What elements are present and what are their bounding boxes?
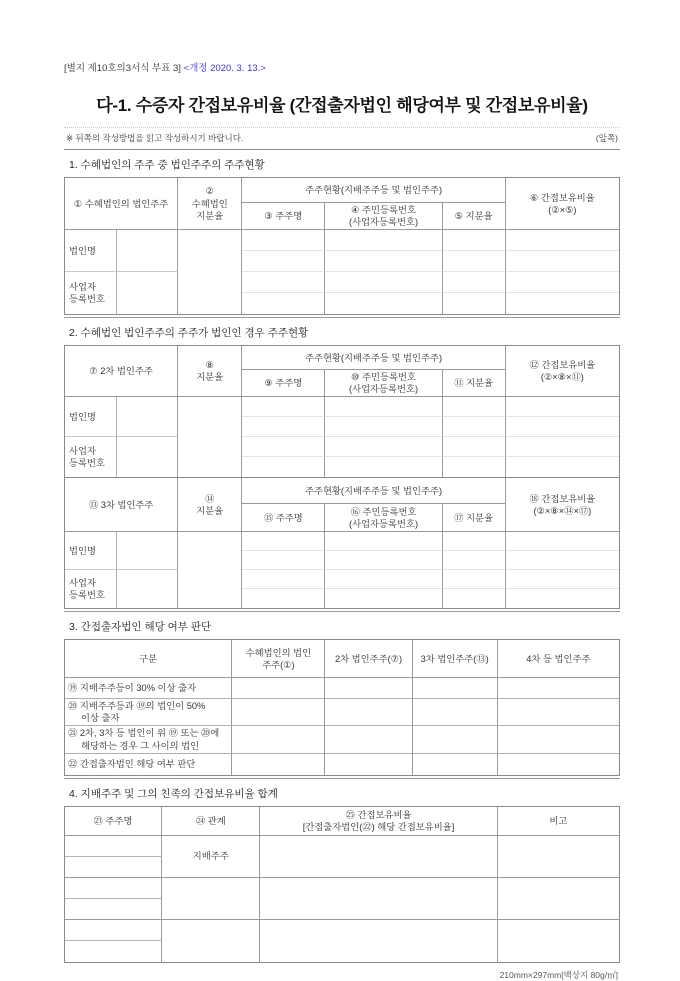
section-divider (64, 778, 620, 779)
input-cell (260, 878, 497, 920)
row-label-biz-reg-no: 사업자 등록번호 (65, 272, 117, 314)
input-cell (413, 754, 498, 775)
paper-spec-note: 210mm×297mm[백상지 80g/㎡] (64, 969, 620, 981)
input-cell (65, 878, 162, 899)
input-cell (506, 293, 619, 314)
input-cell (325, 589, 442, 608)
input-cell (117, 570, 178, 608)
col-header-tier2-corp: ⑦ 2차 법인주주 (65, 346, 178, 397)
row-label-20: ⑳ 지배주주등과 ⑲의 법인이 50% 이상 출자 (65, 699, 232, 726)
input-cell (325, 532, 442, 551)
col-header-share-ratio-11: ⑪ 지분율 (443, 370, 506, 397)
input-cell (232, 754, 325, 775)
col-header-shareholder-name-23: ㉓ 주주명 (65, 807, 162, 836)
input-cell (413, 726, 498, 753)
input-cell (498, 920, 619, 962)
group-header-shareholder-status: 주주현황(지배주주등 및 법인주주) (242, 478, 505, 504)
input-cell (443, 397, 506, 417)
col-header-indirect-ratio-6: ⑥ 간접보유비율 (②×⑤) (506, 178, 619, 230)
col-header-benefit-corp-shareholder: ① 수혜법인의 법인주주 (65, 178, 178, 230)
input-cell (242, 457, 325, 477)
input-cell (232, 699, 325, 726)
col-header-tier3-corp: ⑬ 3차 법인주주 (65, 478, 178, 532)
col-header-benefit-corp-share-ratio: ② 수혜법인 지분율 (178, 178, 242, 230)
input-cell (242, 551, 325, 570)
relation-cell (162, 920, 260, 962)
input-cell (325, 699, 412, 726)
input-cell (325, 437, 442, 457)
group-header-shareholder-status: 주주현황(지배주주등 및 법인주주) (242, 346, 505, 370)
input-cell (325, 251, 442, 272)
input-cell (178, 532, 242, 608)
page-title: 다-1. 수증자 간접보유비율 (간접출자법인 해당여부 및 간접보유비율) (64, 91, 620, 116)
row-label-corp-name: 법인명 (65, 397, 117, 437)
input-cell (443, 417, 506, 437)
row-label-21: ㉑ 2차, 3차 등 법인이 위 ⑲ 또는 ⑳에 해당하는 경우 그 사이의 법… (65, 726, 232, 753)
col-header-indirect-ratio-25: ㉕ 간접보유비율 [간접출자법인(㉒) 해당 간접보유비율] (260, 807, 497, 836)
input-cell (498, 836, 619, 878)
input-cell (443, 589, 506, 608)
input-cell (117, 437, 178, 477)
input-cell (443, 551, 506, 570)
input-cell (443, 293, 506, 314)
input-cell (325, 551, 442, 570)
col-header-tier3-corp-13: 3차 법인주주(⑬) (413, 640, 498, 678)
col-header-shareholder-name-3: ③ 주주명 (242, 203, 325, 230)
section4-table: ㉓ 주주명 ㉔ 관계 ㉕ 간접보유비율 [간접출자법인(㉒) 해당 간접보유비율… (64, 806, 620, 963)
input-cell (506, 417, 619, 437)
input-cell (242, 532, 325, 551)
page-side-label: (앞쪽) (596, 132, 618, 144)
input-cell (325, 417, 442, 437)
input-cell (232, 726, 325, 753)
section1-title: 1. 수혜법인의 주주 중 법인주주의 주주현황 (64, 157, 620, 172)
input-cell (506, 251, 619, 272)
input-cell (65, 899, 162, 920)
input-cell (325, 678, 412, 699)
form-reference-line: [별지 제10호의3서식 부표 3] <개정 2020. 3. 13.> (64, 60, 620, 74)
input-cell (117, 397, 178, 437)
input-cell (413, 678, 498, 699)
input-cell (498, 878, 619, 920)
input-cell (65, 857, 162, 878)
input-cell (506, 272, 619, 293)
input-cell (65, 920, 162, 941)
input-cell (443, 457, 506, 477)
col-header-remarks: 비고 (498, 807, 619, 836)
row-label-corp-name: 법인명 (65, 230, 117, 272)
input-cell (117, 230, 178, 272)
input-cell (443, 437, 506, 457)
col-header-tier2-corp-7: 2차 법인주주(⑦) (325, 640, 412, 678)
input-cell (443, 230, 506, 251)
input-cell (498, 754, 619, 775)
section1-table: ① 수혜법인의 법인주주 ② 수혜법인 지분율 주주현황(지배주주등 및 법인주… (64, 177, 620, 315)
input-cell (178, 230, 242, 314)
col-header-share-ratio-8: ⑧ 지분율 (178, 346, 242, 397)
section2-tier2-table: ⑦ 2차 법인주주 ⑧ 지분율 주주현황(지배주주등 및 법인주주) ⑫ 간접보… (64, 345, 620, 478)
col-header-shareholder-name-9: ⑨ 주주명 (242, 370, 325, 397)
instruction-note: ※ 뒤쪽의 작성방법을 읽고 작성하시기 바랍니다. (66, 132, 243, 144)
row-label-biz-reg-no: 사업자 등록번호 (65, 437, 117, 477)
input-cell (242, 230, 325, 251)
col-header-relation-24: ㉔ 관계 (162, 807, 260, 836)
col-header-resident-no-4: ④ 주민등록번호 (사업자등록번호) (325, 203, 442, 230)
col-header-tier4-corp: 4차 등 법인주주 (498, 640, 619, 678)
col-header-resident-no-16: ⑯ 주민등록번호 (사업자등록번호) (325, 504, 442, 532)
input-cell (506, 570, 619, 589)
input-cell (325, 754, 412, 775)
group-header-shareholder-status: 주주현황(지배주주등 및 법인주주) (242, 178, 505, 203)
form-sheet: [별지 제10호의3서식 부표 3] <개정 2020. 3. 13.> 다-1… (64, 0, 620, 981)
input-cell (498, 678, 619, 699)
input-cell (65, 836, 162, 857)
input-cell (117, 272, 178, 314)
input-cell (242, 589, 325, 608)
col-header-category: 구분 (65, 640, 232, 678)
instruction-row: ※ 뒤쪽의 작성방법을 읽고 작성하시기 바랍니다. (앞쪽) (64, 127, 620, 150)
section-divider (64, 317, 620, 318)
input-cell (178, 397, 242, 477)
input-cell (443, 272, 506, 293)
input-cell (506, 551, 619, 570)
input-cell (325, 726, 412, 753)
section-divider (64, 611, 620, 612)
section4-title: 4. 지배주주 및 그의 친족의 간접보유비율 합계 (64, 786, 620, 801)
input-cell (506, 589, 619, 608)
relation-cell: 지배주주 (162, 836, 260, 878)
col-header-share-ratio-5: ⑤ 지분율 (443, 203, 506, 230)
col-header-resident-no-10: ⑩ 주민등록번호 (사업자등록번호) (325, 370, 442, 397)
input-cell (242, 397, 325, 417)
col-header-shareholder-name-15: ⑮ 주주명 (242, 504, 325, 532)
input-cell (325, 570, 442, 589)
section2-tier3-table: ⑬ 3차 법인주주 ⑭ 지분율 주주현황(지배주주등 및 법인주주) ⑱ 간접보… (64, 478, 620, 609)
revision-note: <개정 2020. 3. 13.> (184, 63, 266, 74)
input-cell (232, 678, 325, 699)
col-header-share-ratio-14: ⑭ 지분율 (178, 478, 242, 532)
section3-title: 3. 간접출자법인 해당 여부 판단 (64, 619, 620, 634)
input-cell (242, 417, 325, 437)
input-cell (506, 437, 619, 457)
input-cell (242, 272, 325, 293)
input-cell (260, 836, 497, 878)
input-cell (498, 726, 619, 753)
section3-table: 구분 수혜법인의 법인 주주(①) 2차 법인주주(⑦) 3차 법인주주(⑬) … (64, 639, 620, 775)
input-cell (443, 570, 506, 589)
input-cell (506, 397, 619, 417)
row-label-corp-name: 법인명 (65, 532, 117, 570)
input-cell (498, 699, 619, 726)
col-header-benefit-corp-shareholder-1: 수혜법인의 법인 주주(①) (232, 640, 325, 678)
col-header-share-ratio-17: ⑰ 지분율 (443, 504, 506, 532)
input-cell (242, 251, 325, 272)
relation-cell (162, 878, 260, 920)
row-label-19: ⑲ 지배주주등이 30% 이상 출자 (65, 678, 232, 699)
input-cell (242, 570, 325, 589)
input-cell (443, 251, 506, 272)
form-ref-number: [별지 제10호의3서식 부표 3] (64, 63, 181, 74)
input-cell (117, 532, 178, 570)
section2-title: 2. 수혜법인 법인주주의 주주가 법인인 경우 주주현황 (64, 325, 620, 340)
input-cell (65, 941, 162, 962)
row-label-biz-reg-no: 사업자 등록번호 (65, 570, 117, 608)
input-cell (325, 293, 442, 314)
input-cell (413, 699, 498, 726)
col-header-indirect-ratio-12: ⑫ 간접보유비율 (②×⑧×⑪) (506, 346, 619, 397)
input-cell (325, 272, 442, 293)
input-cell (325, 230, 442, 251)
input-cell (242, 293, 325, 314)
input-cell (506, 230, 619, 251)
row-label-22: ㉒ 간접출자법인 해당 여부 판단 (65, 754, 232, 775)
input-cell (325, 397, 442, 417)
input-cell (260, 920, 497, 962)
input-cell (242, 437, 325, 457)
input-cell (506, 457, 619, 477)
input-cell (325, 457, 442, 477)
input-cell (506, 532, 619, 551)
input-cell (443, 532, 506, 551)
col-header-indirect-ratio-18: ⑱ 간접보유비율 (②×⑧×⑭×⑰) (506, 478, 619, 532)
